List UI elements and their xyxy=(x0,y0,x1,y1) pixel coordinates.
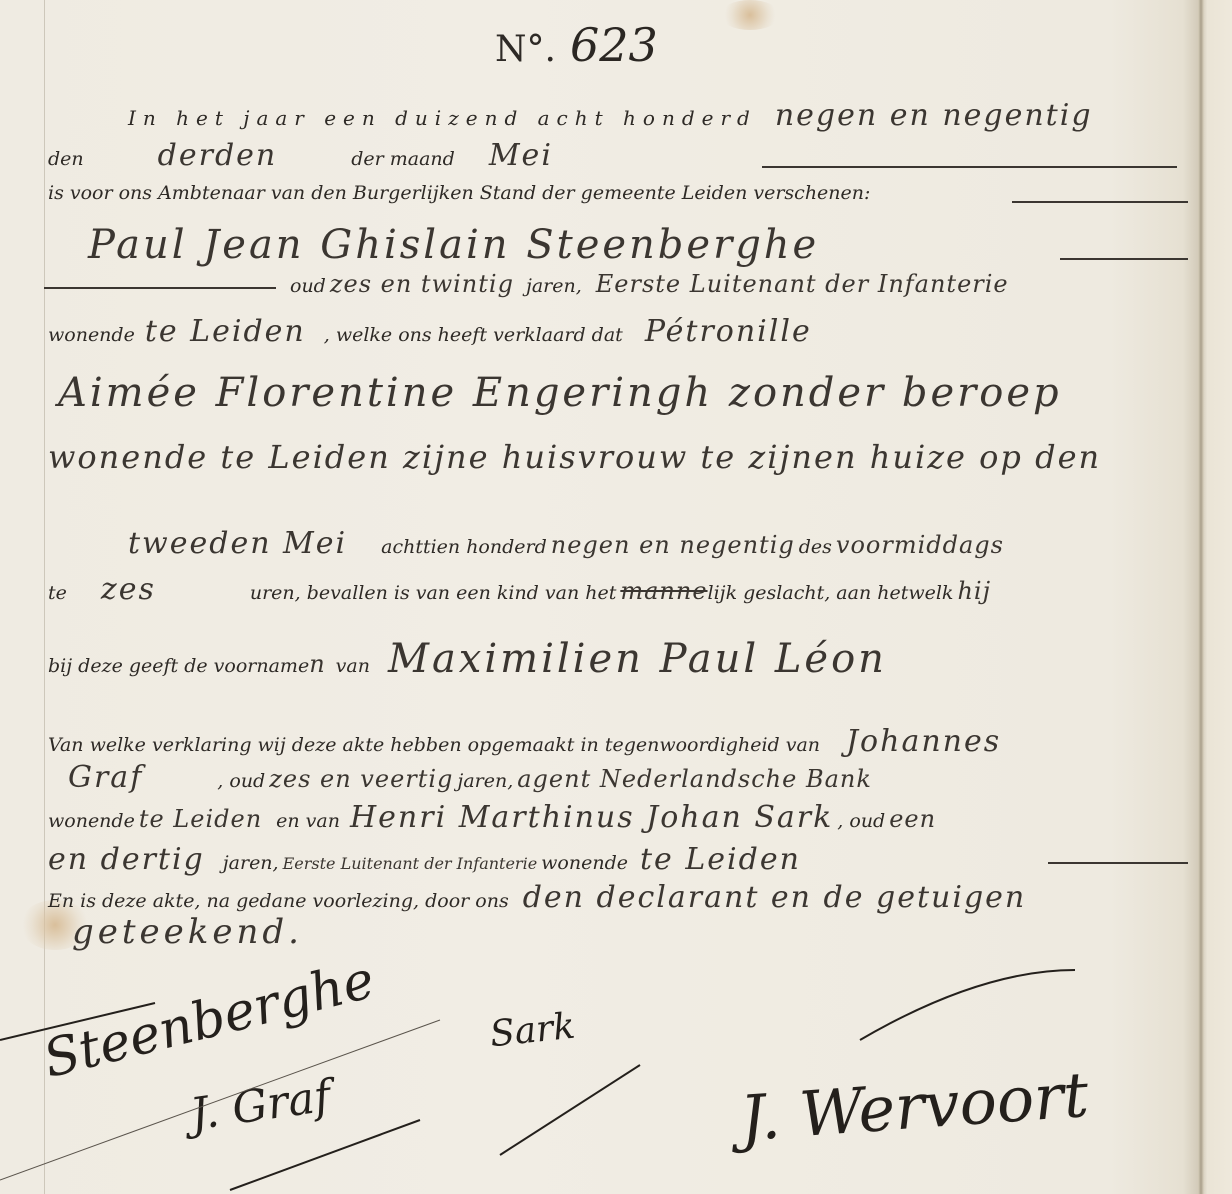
signature-flourishes xyxy=(0,0,1232,1194)
